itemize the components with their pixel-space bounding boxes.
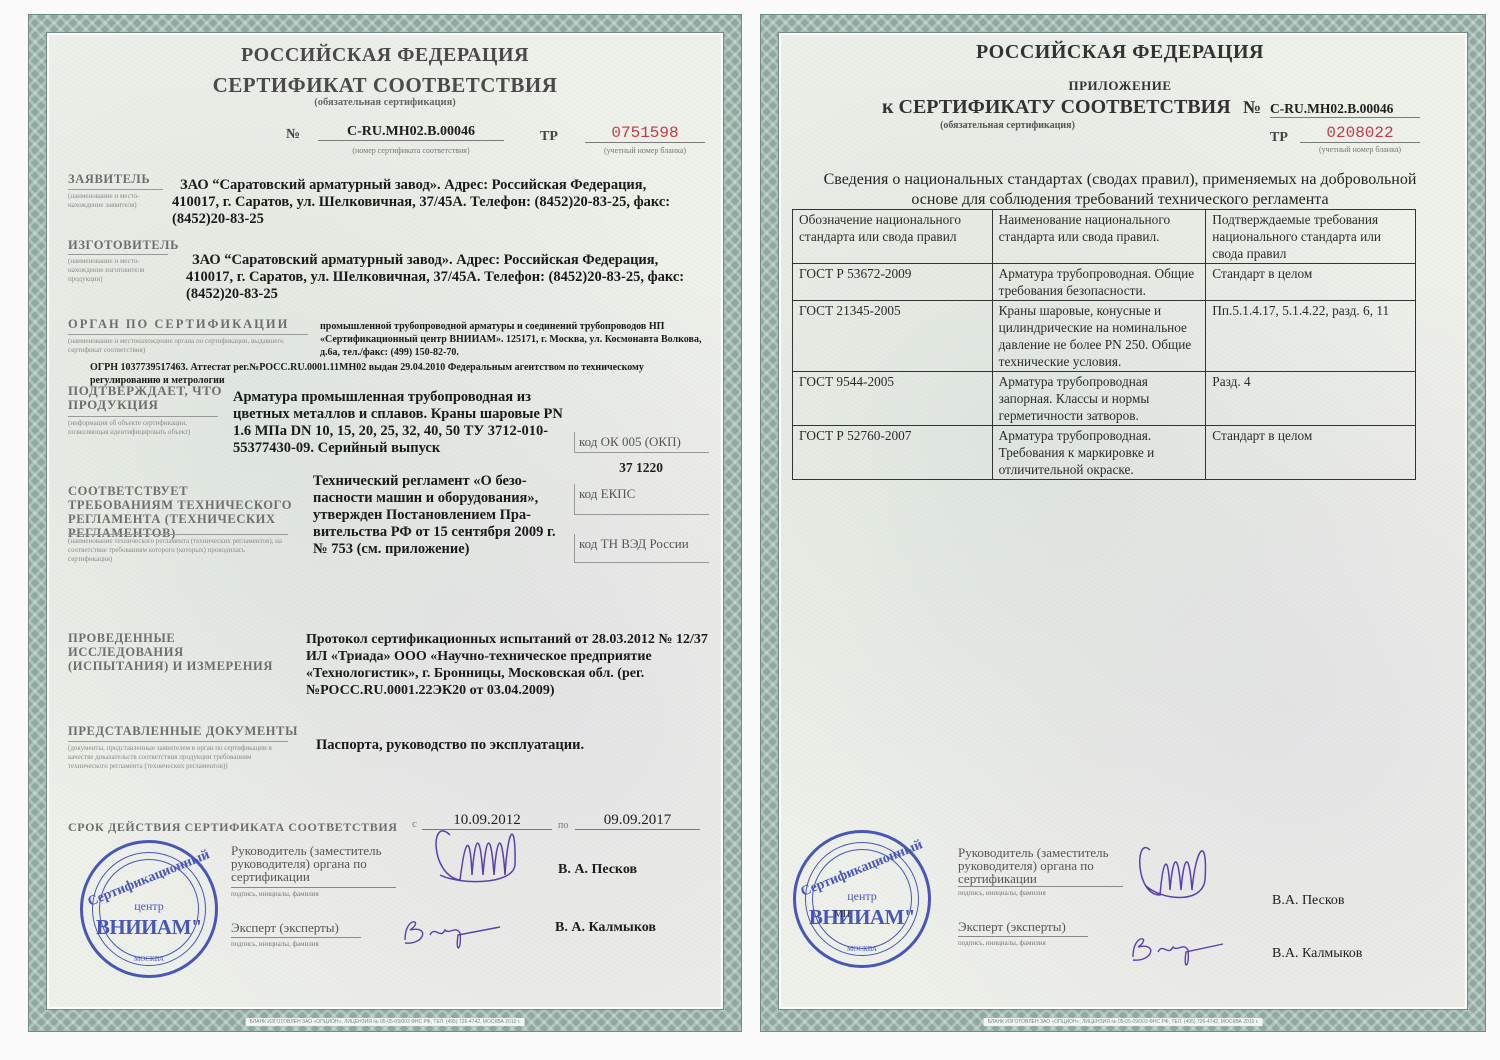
standard-code-cell: ГОСТ 21345-2005 (793, 301, 993, 372)
table-row: ГОСТ 21345-2005Краны шаровые, конусные и… (793, 301, 1416, 372)
documents-label: ПРЕДСТАВЛЕННЫЕ ДОКУМЕНТЫ (68, 724, 298, 738)
cert-body-value: промышленной трубопроводной арматуры и с… (320, 320, 710, 359)
standards-table: Обозначение национального стандарта или … (792, 209, 1416, 480)
tests-label: ПРОВЕДЕННЫЕ ИССЛЕДОВАНИЯ (ИСПЫТАНИЯ) И И… (68, 631, 288, 673)
column-header: Подтверждаемые требования национального … (1206, 210, 1416, 264)
stamp-middle-text: центр (796, 889, 928, 904)
expert-name: В. А. Калмыков (555, 920, 656, 936)
table-row: ГОСТ 9544-2005Арматура трубопроводная за… (793, 372, 1416, 426)
standard-name-cell: Арматура трубопроводная. Требования к ма… (992, 426, 1206, 480)
appendix-certificate-number: C-RU.МН02.В.00046 (1270, 101, 1420, 118)
column-header: Наименование национального стандарта или… (992, 210, 1206, 264)
standard-name-cell: Арматура трубопроводная. Общие требовани… (992, 264, 1206, 301)
okp-code-value: 37 1220 (574, 460, 708, 476)
appendix-to-certificate: к СЕРТИФИКАТУ СООТВЕТСТВИЯ (882, 96, 1231, 119)
standard-name-cell: Краны шаровые, конусные и цилиндрические… (992, 301, 1206, 372)
product-value: Арматура промышленная трубопроводная из … (233, 389, 563, 457)
cert-body-label: ОРГАН ПО СЕРТИФИКАЦИИ (68, 317, 308, 331)
validity-to-date: 09.09.2017 (575, 812, 700, 830)
appendix-expert-signature (1128, 922, 1228, 972)
certification-stamp: Сертификационный центр ВНИИАМ" МОСКВА (80, 840, 218, 978)
document-subtitle: (обязательная сертификация) (60, 97, 710, 108)
table-header-row: Обозначение национального стандарта или … (793, 210, 1416, 264)
appendix-tr-label: ТР (1270, 130, 1288, 146)
stamp-middle-text: центр (83, 899, 215, 914)
standards-heading: Сведения о национальных стандартах (свод… (800, 170, 1440, 210)
head-name: В. А. Песков (558, 862, 637, 878)
appendix-country-title: РОССИЙСКАЯ ФЕДЕРАЦИЯ (790, 41, 1450, 64)
number-sign: № (286, 127, 300, 143)
appendix-head-caption: подпись, инициалы, фамилия (958, 886, 1123, 897)
requirements-cell: Пп.5.1.4.17, 5.1.4.22, разд. 6, 11 (1206, 301, 1416, 372)
tnved-code-label: код ТН ВЭД России (574, 534, 709, 563)
appendix-label: ПРИЛОЖЕНИЕ (790, 78, 1450, 94)
blank-number: 0751598 (585, 124, 705, 143)
requirements-cell: Стандарт в целом (1206, 264, 1416, 301)
standard-code-cell: ГОСТ Р 53672-2009 (793, 264, 993, 301)
appendix-expert-role: Эксперт (эксперты) (958, 920, 1088, 933)
appendix-subtitle: (обязательная сертификация) (790, 120, 1225, 131)
product-caption: (информация об объекте сертификации, поз… (68, 416, 218, 437)
applicant-caption: (наименование и место-нахождение заявите… (68, 189, 163, 210)
ekps-code-label: код ЕКПС (574, 484, 709, 515)
certificate-number: C-RU.МН02.В.00046 (318, 124, 504, 141)
standard-code-cell: ГОСТ 9544-2005 (793, 372, 993, 426)
compliance-value: Технический регламент «О безо-пасности м… (313, 473, 563, 558)
appendix-number-sign: № (1243, 97, 1261, 118)
country-title: РОССИЙСКАЯ ФЕДЕРАЦИЯ (60, 44, 710, 67)
head-signature (420, 805, 535, 900)
stamp-bottom-text: МОСКВА (796, 945, 928, 953)
head-caption: подпись, инициалы, фамилия (231, 887, 396, 898)
validity-from-prefix: с (412, 818, 417, 830)
standard-name-cell: Арматура трубопроводная запорная. Классы… (992, 372, 1206, 426)
expert-caption: подпись, инициалы, фамилия (231, 937, 361, 948)
document-title: СЕРТИФИКАТ СООТВЕТСТВИЯ (60, 73, 710, 98)
documents-caption: (документы, представленные заявителем в … (68, 741, 288, 771)
stamp-bottom-text: МОСКВА (83, 955, 215, 963)
validity-to-prefix: по (558, 820, 568, 831)
appendix-blank-number-caption: (учетный номер бланка) (1300, 145, 1420, 154)
product-label: ПОДТВЕРЖДАЕТ, ЧТО ПРОДУКЦИЯ (68, 384, 228, 412)
manufacturer-value: ЗАО “Саратовский арматурный завод». Адре… (186, 252, 698, 303)
appendix-certification-stamp: Сертификационный центр ВНИИАМ" МОСКВА МП (793, 830, 931, 968)
table-row: ГОСТ Р 53672-2009Арматура трубопроводная… (793, 264, 1416, 301)
tr-label: ТР (540, 129, 558, 145)
okp-code-label: код ОК 005 (ОКП) (574, 432, 709, 453)
expert-role: Эксперт (эксперты) (231, 921, 361, 934)
appendix-expert-caption: подпись, инициалы, фамилия (958, 936, 1088, 947)
applicant-value: ЗАО “Саратовский арматурный завод». Адре… (172, 177, 692, 228)
cert-body-caption: (наименование и местонахождение органа п… (68, 334, 308, 355)
blank-number-caption: (учетный номер бланка) (585, 146, 705, 155)
requirements-cell: Разд. 4 (1206, 372, 1416, 426)
printer-footer: БЛАНК ИЗГОТОВЛЕН ЗАО «ОПЦИОН», ЛИЦЕНЗИЯ … (984, 1018, 1263, 1026)
documents-value: Паспорта, руководство по эксплуатации. (316, 737, 716, 754)
validity-label: СРОК ДЕЙСТВИЯ СЕРТИФИКАТА СООТВЕТСТВИЯ (68, 820, 398, 834)
compliance-label: СООТВЕТСТВУЕТ ТРЕБОВАНИЯМ ТЕХНИЧЕСКОГО Р… (68, 484, 296, 540)
appendix-head-signature (1130, 825, 1220, 920)
stamp-mp-mark: МП (834, 909, 850, 920)
tests-value: Протокол сертификационных испытаний от 2… (306, 631, 730, 699)
printer-footer: БЛАНК ИЗГОТОВЛЕН ЗАО «ОПЦИОН», ЛИЦЕНЗИЯ … (246, 1018, 525, 1026)
requirements-cell: Стандарт в целом (1206, 426, 1416, 480)
compliance-caption: (наименование технического регламента (т… (68, 534, 288, 564)
certificate-number-caption: (номер сертификата соответствия) (318, 146, 504, 155)
appendix-head-name: В.А. Песков (1272, 893, 1345, 909)
manufacturer-caption: (наименование и место-нахождение изготов… (68, 254, 168, 284)
standard-code-cell: ГОСТ Р 52760-2007 (793, 426, 993, 480)
head-role: Руководитель (заместитель руководителя) … (231, 844, 396, 883)
expert-signature (400, 905, 510, 955)
column-header: Обозначение национального стандарта или … (793, 210, 993, 264)
stamp-main-text: ВНИИАМ" (83, 915, 215, 940)
appendix-expert-name: В.А. Калмыков (1272, 946, 1362, 962)
table-row: ГОСТ Р 52760-2007Арматура трубопроводная… (793, 426, 1416, 480)
stamp-main-text: ВНИИАМ" (796, 905, 928, 930)
appendix-blank-number: 0208022 (1300, 124, 1420, 143)
applicant-label: ЗАЯВИТЕЛЬ (68, 172, 163, 186)
manufacturer-label: ИЗГОТОВИТЕЛЬ (68, 238, 208, 252)
appendix-head-role: Руководитель (заместитель руководителя) … (958, 846, 1123, 885)
